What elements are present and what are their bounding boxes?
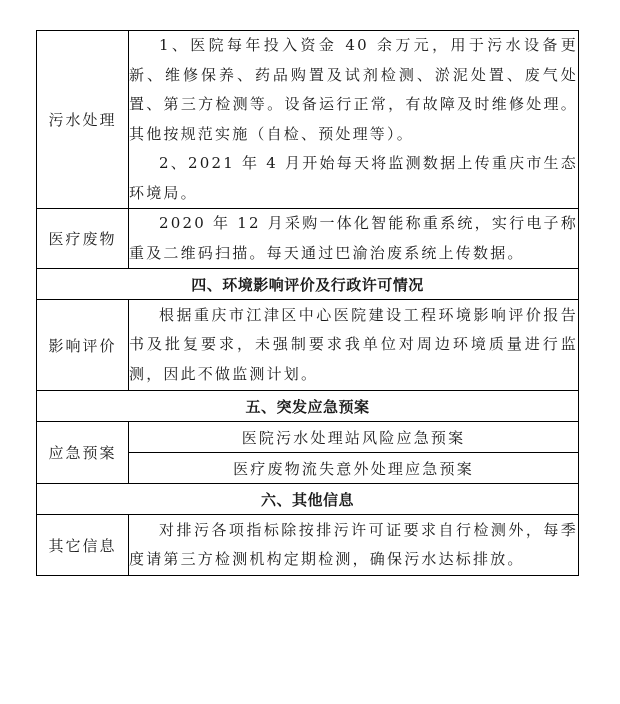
label-wastewater: 污水处理: [37, 31, 129, 209]
label-medical-waste: 医疗废物: [37, 209, 129, 269]
section-5-heading: 五、突发应急预案: [37, 391, 579, 422]
label-other-info: 其它信息: [37, 515, 129, 576]
other-info-text: 对排污各项指标除按排污许可证要求自行检测外，每季度请第三方检测机构定期检测，确保…: [129, 516, 578, 575]
row-section-5: 五、突发应急预案: [37, 391, 579, 422]
content-medical-waste: 2020 年 12 月采购一体化智能称重系统，实行电子称重及二维码扫描。每天通过…: [129, 209, 579, 269]
emergency-plan-2: 医疗废物流失意外处理应急预案: [129, 453, 579, 484]
impact-text: 根据重庆市江津区中心医院建设工程环境影响评价报告书及批复要求，未强制要求我单位对…: [129, 301, 578, 390]
info-table: 污水处理 1、医院每年投入资金 40 余万元，用于污水设备更新、维修保养、药品购…: [36, 30, 579, 576]
section-4-heading: 四、环境影响评价及行政许可情况: [37, 269, 579, 300]
row-other-info: 其它信息 对排污各项指标除按排污许可证要求自行检测外，每季度请第三方检测机构定期…: [37, 515, 579, 576]
wastewater-paragraph-2: 2、2021 年 4 月开始每天将监测数据上传重庆市生态环境局。: [129, 149, 578, 208]
content-other-info: 对排污各项指标除按排污许可证要求自行检测外，每季度请第三方检测机构定期检测，确保…: [129, 515, 579, 576]
content-impact-assessment: 根据重庆市江津区中心医院建设工程环境影响评价报告书及批复要求，未强制要求我单位对…: [129, 300, 579, 391]
row-section-6: 六、其他信息: [37, 484, 579, 515]
label-emergency-plan: 应急预案: [37, 422, 129, 484]
medical-waste-text: 2020 年 12 月采购一体化智能称重系统，实行电子称重及二维码扫描。每天通过…: [129, 209, 578, 268]
section-6-heading: 六、其他信息: [37, 484, 579, 515]
row-medical-waste: 医疗废物 2020 年 12 月采购一体化智能称重系统，实行电子称重及二维码扫描…: [37, 209, 579, 269]
emergency-plan-1: 医院污水处理站风险应急预案: [129, 422, 579, 453]
row-impact-assessment: 影响评价 根据重庆市江津区中心医院建设工程环境影响评价报告书及批复要求，未强制要…: [37, 300, 579, 391]
content-wastewater: 1、医院每年投入资金 40 余万元，用于污水设备更新、维修保养、药品购置及试剂检…: [129, 31, 579, 209]
row-section-4: 四、环境影响评价及行政许可情况: [37, 269, 579, 300]
row-wastewater: 污水处理 1、医院每年投入资金 40 余万元，用于污水设备更新、维修保养、药品购…: [37, 31, 579, 209]
row-emergency-plan-1: 应急预案 医院污水处理站风险应急预案: [37, 422, 579, 453]
label-impact-assessment: 影响评价: [37, 300, 129, 391]
wastewater-paragraph-1: 1、医院每年投入资金 40 余万元，用于污水设备更新、维修保养、药品购置及试剂检…: [129, 31, 578, 149]
